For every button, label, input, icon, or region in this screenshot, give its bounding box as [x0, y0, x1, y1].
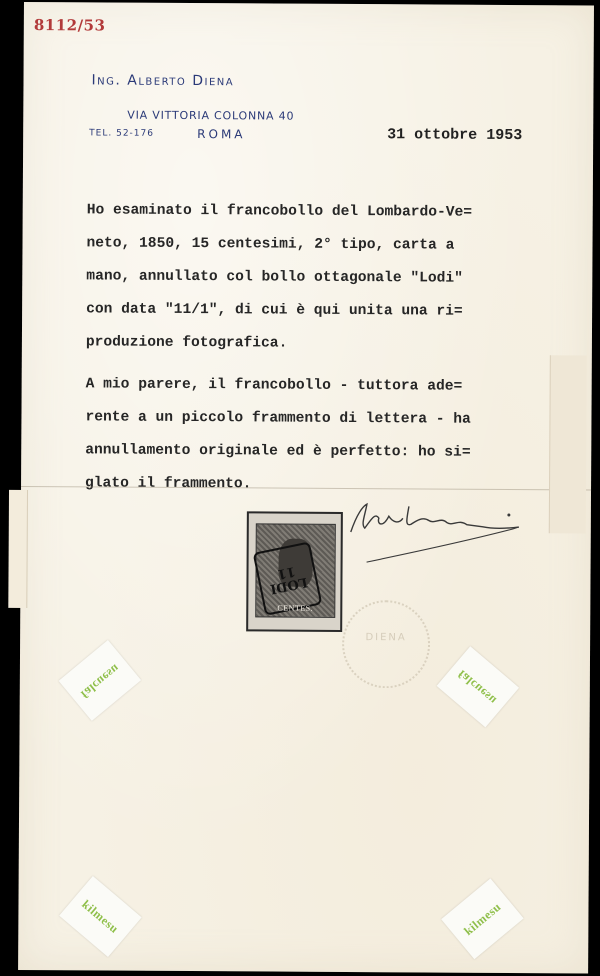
- paragraph-line: Ho esaminato il francobollo del Lombardo…: [87, 194, 473, 229]
- letterhead-telephone: TEL. 52-176: [89, 128, 154, 138]
- paragraph-1: Ho esaminato il francobollo del Lombardo…: [86, 194, 472, 361]
- signature-icon: [343, 494, 523, 565]
- paragraph-line: annullamento originale ed è perfetto: ho…: [85, 434, 471, 469]
- corner-mount-top-left: falcuesu: [59, 640, 141, 721]
- paragraph-2: A mio parere, il francobollo - tuttora a…: [85, 368, 471, 502]
- corner-mount-bottom-right: kilmesu: [441, 878, 523, 959]
- paragraph-line: con data "11/1", di cui è qui unita una …: [86, 293, 472, 328]
- stamp-value-text: CENTES.: [256, 603, 334, 612]
- certificate-sheet: 8112/53 Ing. Alberto Diena VIA VITTORIA …: [18, 2, 594, 973]
- certificate-date: 31 ottobre 1953: [387, 126, 522, 144]
- paragraph-line: rente a un piccolo frammento di lettera …: [85, 401, 471, 436]
- paragraph-line: A mio parere, il francobollo - tuttora a…: [86, 368, 472, 403]
- paragraph-line: neto, 1850, 15 centesimi, 2° tipo, carta…: [86, 227, 472, 262]
- reference-number: 8112/53: [34, 16, 106, 34]
- corner-mount-bottom-left: kilmesu: [59, 876, 141, 957]
- paragraph-line: mano, annullato col bollo ottagonale "Lo…: [86, 260, 472, 295]
- letterhead-address: VIA VITTORIA COLONNA 40: [127, 109, 294, 123]
- corner-mount-top-right: falcuesu: [437, 646, 519, 727]
- letterhead-name: Ing. Alberto Diena: [91, 72, 234, 89]
- paragraph-line: produzione fotografica.: [86, 326, 472, 361]
- fold-tab-right: [549, 355, 587, 533]
- letterhead-city: ROMA: [197, 127, 245, 141]
- embossed-seal: DIENA: [342, 600, 431, 689]
- stamp-fragment: 11 LODI CENTES.: [246, 511, 343, 632]
- lombardo-veneto-stamp: 11 LODI CENTES.: [255, 523, 336, 617]
- fold-tab-left: [8, 490, 28, 608]
